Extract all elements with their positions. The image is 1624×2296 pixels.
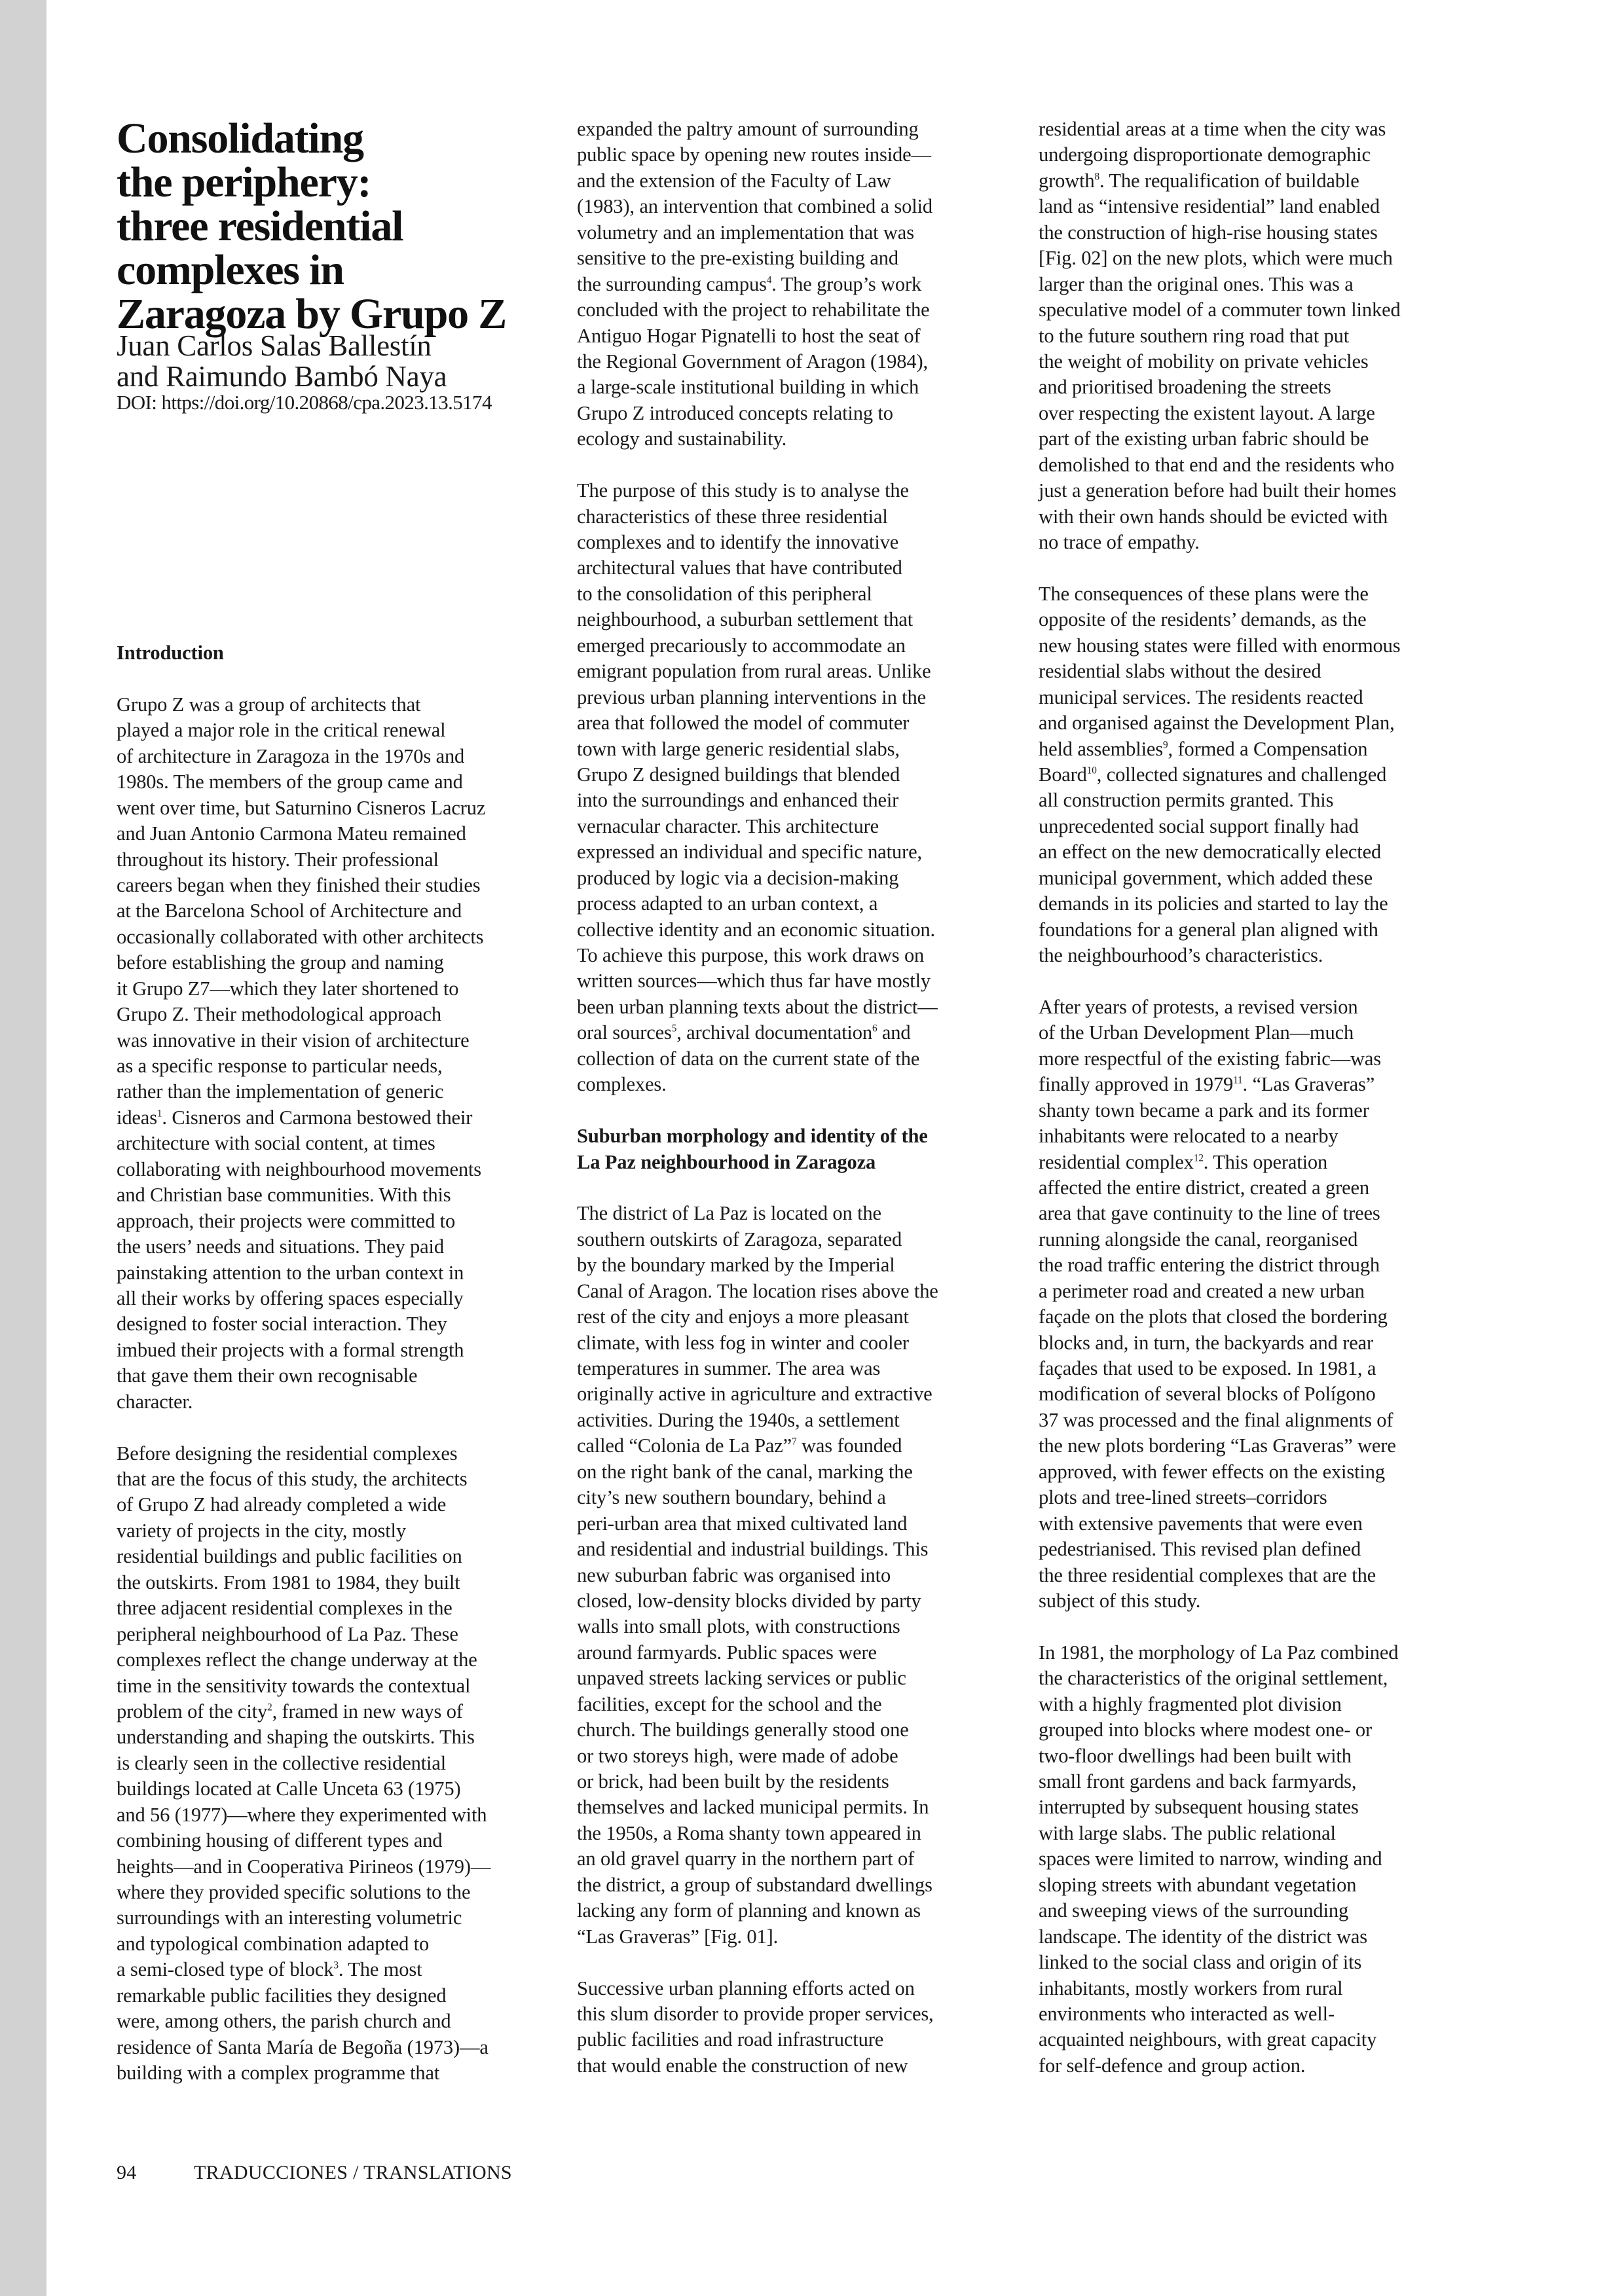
- text-line: just a generation before had built their…: [1039, 478, 1484, 503]
- text-line: demolished to that end and the residents…: [1039, 452, 1484, 478]
- text-line: complexes and to identify the innovative: [577, 530, 1022, 555]
- title-line: complexes in: [117, 248, 506, 292]
- text-line: to the future southern ring road that pu…: [1039, 323, 1484, 349]
- text-line: all construction permits granted. This: [1039, 788, 1484, 813]
- text-line: southern outskirts of Zaragoza, separate…: [577, 1227, 1022, 1252]
- text-line: combining housing of different types and: [117, 1828, 562, 1853]
- text-line: complexes.: [577, 1072, 1022, 1097]
- text-line: residential areas at a time when the cit…: [1039, 117, 1484, 142]
- text-line: to the consolidation of this peripheral: [577, 581, 1022, 607]
- text-line: into the surroundings and enhanced their: [577, 788, 1022, 813]
- text-line: peri-urban area that mixed cultivated la…: [577, 1511, 1022, 1537]
- text-line: expanded the paltry amount of surroundin…: [577, 117, 1022, 142]
- text-line: interrupted by subsequent housing states: [1039, 1795, 1484, 1820]
- text-line: and sweeping views of the surrounding: [1039, 1898, 1484, 1923]
- text-line: land as “intensive residential” land ena…: [1039, 194, 1484, 219]
- text-line: remarkable public facilities they design…: [117, 1983, 562, 2009]
- text-line: walls into small plots, with constructio…: [577, 1614, 1022, 1639]
- text-line: activities. During the 1940s, a settleme…: [577, 1408, 1022, 1433]
- text-line: “Las Graveras” [Fig. 01].: [577, 1924, 1022, 1950]
- text-line: grouped into blocks where modest one- or: [1039, 1717, 1484, 1743]
- text-line: church. The buildings generally stood on…: [577, 1717, 1022, 1743]
- text-line: problem of the city2, framed in new ways…: [117, 1699, 562, 1724]
- text-line: linked to the social class and origin of…: [1039, 1950, 1484, 1975]
- text-line: written sources—which thus far have most…: [577, 968, 1022, 994]
- text-line: town with large generic residential slab…: [577, 737, 1022, 762]
- text-line: heights—and in Cooperativa Pirineos (197…: [117, 1854, 562, 1880]
- text-line: Grupo Z was a group of architects that: [117, 692, 562, 718]
- text-line: environments who interacted as well-: [1039, 2001, 1484, 2027]
- text-line: collection of data on the current state …: [577, 1046, 1022, 1072]
- text-line: the characteristics of the original sett…: [1039, 1666, 1484, 1691]
- text-line: the 1950s, a Roma shanty town appeared i…: [577, 1821, 1022, 1846]
- text-line: The district of La Paz is located on the: [577, 1201, 1022, 1226]
- text-line: expressed an individual and specific nat…: [577, 839, 1022, 865]
- text-line: foundations for a general plan aligned w…: [1039, 917, 1484, 943]
- paragraph: The district of La Paz is located on the…: [577, 1201, 1022, 1950]
- text-line: characteristics of these three residenti…: [577, 504, 1022, 530]
- text-line: at the Barcelona School of Architecture …: [117, 898, 562, 924]
- section-heading-suburban-morphology: La Paz neighbourhood in Zaragoza: [577, 1150, 1022, 1175]
- text-line: ecology and sustainability.: [577, 426, 1022, 452]
- text-line: imbued their projects with a formal stre…: [117, 1338, 562, 1363]
- text-line: or two storeys high, were made of adobe: [577, 1743, 1022, 1769]
- text-line: peripheral neighbourhood of La Paz. Thes…: [117, 1622, 562, 1647]
- section-heading-suburban-morphology: Suburban morphology and identity of the: [577, 1123, 1022, 1149]
- section-heading-introduction: Introduction: [117, 640, 562, 666]
- text-line: was innovative in their vision of archit…: [117, 1028, 562, 1053]
- text-line: lacking any form of planning and known a…: [577, 1898, 1022, 1923]
- text-line: small front gardens and back farmyards,: [1039, 1769, 1484, 1795]
- text-line: the district, a group of substandard dwe…: [577, 1872, 1022, 1898]
- text-line: closed, low-density blocks divided by pa…: [577, 1588, 1022, 1614]
- text-line: previous urban planning interventions in…: [577, 685, 1022, 710]
- text-line: subject of this study.: [1039, 1588, 1484, 1614]
- text-line: that would enable the construction of ne…: [577, 2053, 1022, 2079]
- text-line: landscape. The identity of the district …: [1039, 1924, 1484, 1950]
- text-line: larger than the original ones. This was …: [1039, 272, 1484, 297]
- text-line: public space by opening new routes insid…: [577, 142, 1022, 168]
- text-line: unprecedented social support finally had: [1039, 814, 1484, 839]
- text-line: The purpose of this study is to analyse …: [577, 478, 1022, 503]
- text-line: this slum disorder to provide proper ser…: [577, 2001, 1022, 2027]
- text-line: played a major role in the critical rene…: [117, 718, 562, 743]
- article-title: Consolidating the periphery: three resid…: [117, 117, 506, 336]
- text-line: new housing states were filled with enor…: [1039, 633, 1484, 659]
- text-line: character.: [117, 1389, 562, 1415]
- page-number: 94: [117, 2162, 137, 2184]
- text-line: approved, with fewer effects on the exis…: [1039, 1459, 1484, 1485]
- text-line: sensitive to the pre-existing building a…: [577, 246, 1022, 271]
- text-line: called “Colonia de La Paz”7 was founded: [577, 1433, 1022, 1459]
- title-line: the periphery:: [117, 160, 506, 204]
- text-line: originally active in agriculture and ext…: [577, 1381, 1022, 1407]
- text-line: the road traffic entering the district t…: [1039, 1252, 1484, 1278]
- column-1: Introduction Grupo Z was a group of arch…: [117, 640, 562, 2086]
- paragraph: Grupo Z was a group of architects thatpl…: [117, 692, 562, 1415]
- text-line: the new plots bordering “Las Graveras” w…: [1039, 1433, 1484, 1459]
- text-line: understanding and shaping the outskirts.…: [117, 1724, 562, 1750]
- text-line: spaces were limited to narrow, winding a…: [1039, 1846, 1484, 1872]
- paragraph: residential areas at a time when the cit…: [1039, 117, 1484, 555]
- text-line: an effect on the new democratically elec…: [1039, 839, 1484, 865]
- text-line: is clearly seen in the collective reside…: [117, 1751, 562, 1776]
- text-line: residence of Santa María de Begoña (1973…: [117, 2035, 562, 2060]
- text-line: emerged precariously to accommodate an: [577, 633, 1022, 659]
- text-line: inhabitants, mostly workers from rural: [1039, 1976, 1484, 2001]
- text-line: shanty town became a park and its former: [1039, 1098, 1484, 1123]
- text-line: running alongside the canal, reorganised: [1039, 1227, 1484, 1252]
- text-line: municipal services. The residents reacte…: [1039, 685, 1484, 710]
- paragraph: In 1981, the morphology of La Paz combin…: [1039, 1640, 1484, 2079]
- text-line: and typological combination adapted to: [117, 1931, 562, 1957]
- running-footer-section: TRADUCCIONES / TRANSLATIONS: [194, 2162, 512, 2184]
- paragraph: After years of protests, a revised versi…: [1039, 994, 1484, 1614]
- text-line: the surrounding campus4. The group’s wor…: [577, 272, 1022, 297]
- text-line: new suburban fabric was organised into: [577, 1563, 1022, 1588]
- text-line: no trace of empathy.: [1039, 530, 1484, 555]
- text-line: with their own hands should be evicted w…: [1039, 504, 1484, 530]
- text-line: two-floor dwellings had been built with: [1039, 1743, 1484, 1769]
- text-line: the outskirts. From 1981 to 1984, they b…: [117, 1570, 562, 1595]
- text-line: the Regional Government of Aragon (1984)…: [577, 349, 1022, 374]
- text-line: a perimeter road and created a new urban: [1039, 1279, 1484, 1304]
- text-line: growth8. The requalification of buildabl…: [1039, 168, 1484, 194]
- title-line: three residential: [117, 204, 506, 248]
- title-line: Consolidating: [117, 117, 506, 160]
- text-line: façade on the plots that closed the bord…: [1039, 1304, 1484, 1330]
- text-line: before establishing the group and naming: [117, 950, 562, 975]
- text-line: with large slabs. The public relational: [1039, 1821, 1484, 1846]
- text-line: were, among others, the parish church an…: [117, 2009, 562, 2034]
- text-line: designed to foster social interaction. T…: [117, 1311, 562, 1337]
- text-line: city’s new southern boundary, behind a: [577, 1485, 1022, 1510]
- page-edge-strip: [0, 0, 46, 2296]
- text-line: painstaking attention to the urban conte…: [117, 1260, 562, 1286]
- text-line: municipal government, which added these: [1039, 866, 1484, 891]
- author-line: Juan Carlos Salas Ballestín: [117, 331, 447, 361]
- text-line: and the extension of the Faculty of Law: [577, 168, 1022, 194]
- text-line: façades that used to be exposed. In 1981…: [1039, 1356, 1484, 1381]
- paragraph: expanded the paltry amount of surroundin…: [577, 117, 1022, 452]
- text-line: and Juan Antonio Carmona Mateu remained: [117, 821, 562, 847]
- text-line: After years of protests, a revised versi…: [1039, 994, 1484, 1020]
- text-line: neighbourhood, a suburban settlement tha…: [577, 607, 1022, 632]
- text-line: collective identity and an economic situ…: [577, 917, 1022, 943]
- text-line: Canal of Aragon. The location rises abov…: [577, 1279, 1022, 1304]
- text-line: vernacular character. This architecture: [577, 814, 1022, 839]
- text-line: climate, with less fog in winter and coo…: [577, 1330, 1022, 1356]
- text-line: that gave them their own recognisable: [117, 1363, 562, 1389]
- text-line: the construction of high-rise housing st…: [1039, 220, 1484, 246]
- text-line: architectural values that have contribut…: [577, 555, 1022, 581]
- article-authors: Juan Carlos Salas Ballestín and Raimundo…: [117, 331, 447, 392]
- text-line: with a highly fragmented plot division: [1039, 1692, 1484, 1717]
- text-line: around farmyards. Public spaces were: [577, 1640, 1022, 1666]
- text-line: more respectful of the existing fabric—w…: [1039, 1046, 1484, 1072]
- paragraph: The consequences of these plans were the…: [1039, 581, 1484, 969]
- text-line: residential buildings and public facilit…: [117, 1544, 562, 1569]
- text-line: on the right bank of the canal, marking …: [577, 1459, 1022, 1485]
- text-line: volumetry and an implementation that was: [577, 220, 1022, 246]
- text-line: affected the entire district, created a …: [1039, 1175, 1484, 1201]
- text-line: finally approved in 197911. “Las Gravera…: [1039, 1072, 1484, 1097]
- text-line: throughout its history. Their profession…: [117, 847, 562, 873]
- text-line: ideas1. Cisneros and Carmona bestowed th…: [117, 1105, 562, 1131]
- text-line: over respecting the existent layout. A l…: [1039, 401, 1484, 426]
- text-line: themselves and lacked municipal permits.…: [577, 1795, 1022, 1820]
- text-line: and residential and industrial buildings…: [577, 1537, 1022, 1562]
- text-line: building with a complex programme that: [117, 2060, 562, 2086]
- text-line: a semi-closed type of block3. The most: [117, 1957, 562, 1982]
- text-line: went over time, but Saturnino Cisneros L…: [117, 795, 562, 821]
- text-line: where they provided specific solutions t…: [117, 1880, 562, 1905]
- text-line: oral sources5, archival documentation6 a…: [577, 1020, 1022, 1046]
- text-line: approach, their projects were committed …: [117, 1209, 562, 1234]
- paragraph: Successive urban planning efforts acted …: [577, 1976, 1022, 2079]
- text-line: emigrant population from rural areas. Un…: [577, 659, 1022, 684]
- text-line: temperatures in summer. The area was: [577, 1356, 1022, 1381]
- text-line: unpaved streets lacking services or publ…: [577, 1666, 1022, 1691]
- text-line: demands in its policies and started to l…: [1039, 891, 1484, 917]
- text-line: for self-defence and group action.: [1039, 2053, 1484, 2079]
- text-line: facilities, except for the school and th…: [577, 1692, 1022, 1717]
- paragraph: Before designing the residential complex…: [117, 1441, 562, 2086]
- text-line: area that gave continuity to the line of…: [1039, 1201, 1484, 1226]
- text-line: (1983), an intervention that combined a …: [577, 194, 1022, 219]
- text-line: public facilities and road infrastructur…: [577, 2027, 1022, 2052]
- text-line: modification of several blocks of Polígo…: [1039, 1381, 1484, 1407]
- text-line: Antiguo Hogar Pignatelli to host the sea…: [577, 323, 1022, 349]
- text-line: 1980s. The members of the group came and: [117, 769, 562, 795]
- text-line: produced by logic via a decision-making: [577, 866, 1022, 891]
- text-line: buildings located at Calle Unceta 63 (19…: [117, 1776, 562, 1802]
- text-line: area that followed the model of commuter: [577, 710, 1022, 736]
- text-line: with extensive pavements that were even: [1039, 1511, 1484, 1537]
- text-line: or brick, had been built by the resident…: [577, 1769, 1022, 1795]
- text-line: sloping streets with abundant vegetation: [1039, 1872, 1484, 1898]
- text-line: residential slabs without the desired: [1039, 659, 1484, 684]
- text-line: that are the focus of this study, the ar…: [117, 1467, 562, 1492]
- text-line: Before designing the residential complex…: [117, 1441, 562, 1467]
- text-line: residential complex12. This operation: [1039, 1150, 1484, 1175]
- text-line: opposite of the residents’ demands, as t…: [1039, 607, 1484, 632]
- text-line: architecture with social content, at tim…: [117, 1131, 562, 1156]
- text-line: [Fig. 02] on the new plots, which were m…: [1039, 246, 1484, 271]
- text-line: undergoing disproportionate demographic: [1039, 142, 1484, 168]
- text-line: concluded with the project to rehabilita…: [577, 297, 1022, 323]
- text-line: In 1981, the morphology of La Paz combin…: [1039, 1640, 1484, 1666]
- column-2: expanded the paltry amount of surroundin…: [577, 117, 1022, 2079]
- text-line: an old gravel quarry in the northern par…: [577, 1846, 1022, 1872]
- text-line: Grupo Z introduced concepts relating to: [577, 401, 1022, 426]
- text-line: plots and tree-lined streets–corridors: [1039, 1485, 1484, 1510]
- text-line: part of the existing urban fabric should…: [1039, 426, 1484, 452]
- text-line: three adjacent residential complexes in …: [117, 1595, 562, 1621]
- text-line: held assemblies9, formed a Compensation: [1039, 737, 1484, 762]
- text-line: acquainted neighbours, with great capaci…: [1039, 2027, 1484, 2052]
- text-line: Successive urban planning efforts acted …: [577, 1976, 1022, 2001]
- text-line: inhabitants were relocated to a nearby: [1039, 1123, 1484, 1149]
- text-line: been urban planning texts about the dist…: [577, 994, 1022, 1020]
- text-line: variety of projects in the city, mostly: [117, 1518, 562, 1544]
- text-line: rest of the city and enjoys a more pleas…: [577, 1304, 1022, 1330]
- text-line: the neighbourhood’s characteristics.: [1039, 943, 1484, 968]
- text-line: of architecture in Zaragoza in the 1970s…: [117, 744, 562, 769]
- paragraph: The purpose of this study is to analyse …: [577, 478, 1022, 1098]
- doi-link[interactable]: DOI: https://doi.org/10.20868/cpa.2023.1…: [117, 391, 492, 414]
- text-line: and organised against the Development Pl…: [1039, 710, 1484, 736]
- text-line: as a specific response to particular nee…: [117, 1053, 562, 1079]
- column-3: residential areas at a time when the cit…: [1039, 117, 1484, 2079]
- text-line: complexes reflect the change underway at…: [117, 1647, 562, 1673]
- text-line: it Grupo Z7—which they later shortened t…: [117, 976, 562, 1002]
- text-line: and Christian base communities. With thi…: [117, 1182, 562, 1208]
- text-line: the weight of mobility on private vehicl…: [1039, 349, 1484, 374]
- text-line: Grupo Z designed buildings that blended: [577, 762, 1022, 788]
- text-line: the three residential complexes that are…: [1039, 1563, 1484, 1588]
- text-line: and prioritised broadening the streets: [1039, 374, 1484, 400]
- text-line: collaborating with neighbourhood movemen…: [117, 1157, 562, 1182]
- text-line: process adapted to an urban context, a: [577, 891, 1022, 917]
- text-line: all their works by offering spaces espec…: [117, 1286, 562, 1311]
- text-line: careers began when they finished their s…: [117, 873, 562, 898]
- text-line: rather than the implementation of generi…: [117, 1079, 562, 1104]
- text-line: The consequences of these plans were the: [1039, 581, 1484, 607]
- text-line: the users’ needs and situations. They pa…: [117, 1234, 562, 1260]
- text-line: Board10, collected signatures and challe…: [1039, 762, 1484, 788]
- text-line: of the Urban Development Plan—much: [1039, 1020, 1484, 1046]
- text-line: by the boundary marked by the Imperial: [577, 1252, 1022, 1278]
- text-line: speculative model of a commuter town lin…: [1039, 297, 1484, 323]
- text-line: To achieve this purpose, this work draws…: [577, 943, 1022, 968]
- text-line: Grupo Z. Their methodological approach: [117, 1002, 562, 1027]
- text-line: surroundings with an interesting volumet…: [117, 1905, 562, 1931]
- text-line: occasionally collaborated with other arc…: [117, 924, 562, 950]
- author-line: and Raimundo Bambó Naya: [117, 361, 447, 392]
- text-line: pedestrianised. This revised plan define…: [1039, 1537, 1484, 1562]
- text-line: a large-scale institutional building in …: [577, 374, 1022, 400]
- text-line: of Grupo Z had already completed a wide: [117, 1492, 562, 1518]
- text-line: and 56 (1977)—where they experimented wi…: [117, 1802, 562, 1828]
- text-line: time in the sensitivity towards the cont…: [117, 1673, 562, 1699]
- text-line: 37 was processed and the final alignment…: [1039, 1408, 1484, 1433]
- text-line: blocks and, in turn, the backyards and r…: [1039, 1330, 1484, 1356]
